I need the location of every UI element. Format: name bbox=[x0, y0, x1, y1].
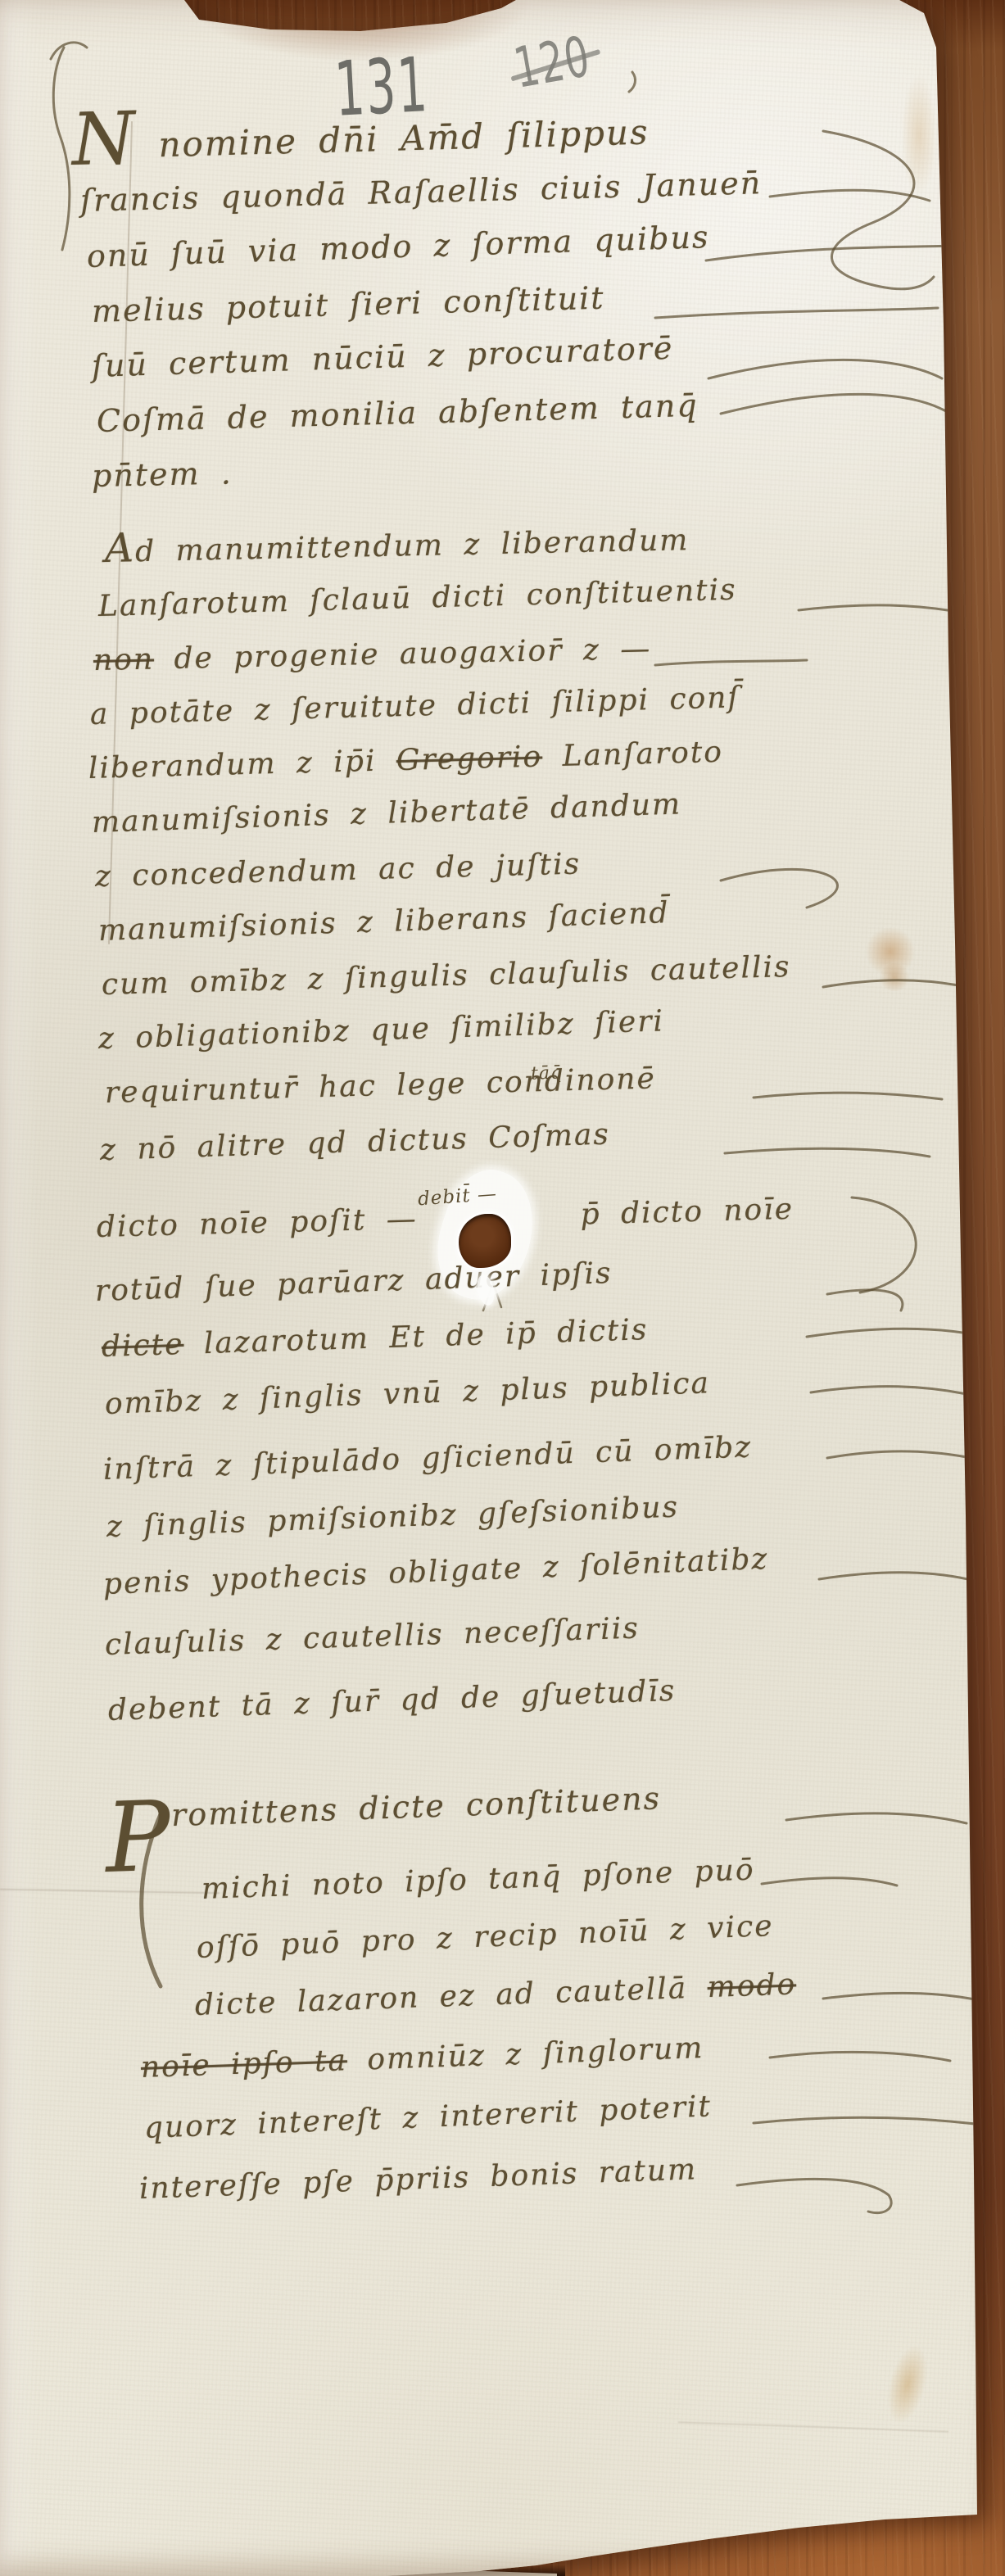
struck-word: Gregorio bbox=[396, 740, 542, 777]
foxing-stain bbox=[881, 2341, 935, 2428]
manuscript-line: N nomine dn̄i Am̄d ſilippus bbox=[71, 115, 650, 166]
manuscript-line: debent tā z ſur̄ qd de gſuetudīs bbox=[107, 1676, 677, 1727]
manuscript-line: requiruntur̄ hac lege condinonē bbox=[105, 1063, 657, 1108]
manuscript-line: quorz intereſt z intererit poterit bbox=[143, 2091, 712, 2144]
manuscript-line: ſuū certum nūciū z procuratorē bbox=[91, 333, 674, 383]
manuscript-photo: { "page_numbers": { "current": "131", "c… bbox=[0, 0, 1005, 2576]
edge-stain bbox=[901, 74, 937, 197]
manuscript-line: michi noto ipſo tanq̄ pſone puō bbox=[201, 1854, 755, 1904]
manuscript-line: z obligationibz que ſimilibz ſieri bbox=[97, 1006, 664, 1054]
manuscript-line: omībz z ſinglis vnū z plus publica bbox=[104, 1368, 710, 1420]
manuscript-line: noīe ipſo ta omniūz z ſinglorum bbox=[140, 2033, 704, 2084]
manuscript-line: manumiſsionis z liberans ſaciend̄ bbox=[97, 898, 670, 947]
manuscript-line: pn̄tem . bbox=[92, 457, 233, 492]
manuscript-line: intereſſe pſe p̄priis bonis ratum bbox=[138, 2154, 697, 2205]
manuscript-line: inſtrā z ſtipulādo gſiciendū cū omībz bbox=[102, 1432, 752, 1485]
manuscript-line: Ad manumittendum z liberandum bbox=[105, 525, 690, 568]
manuscript-line: Promittens dicte conſtituens bbox=[104, 1782, 662, 1839]
ink-stain bbox=[878, 963, 911, 991]
ink-stain bbox=[865, 927, 916, 976]
manuscript-line: liberandum z ip̄i Gregorio Lanſaroto bbox=[88, 737, 724, 785]
manuscript-line: ſrancis quondā Raſaellis ciuis Januen̄ bbox=[79, 167, 762, 218]
manuscript-line: onū ſuū via modo z ſorma quibus bbox=[86, 221, 710, 274]
page-number-crossed-out: 120 bbox=[509, 25, 595, 102]
manuscript-line: melius potuit ſieri conſtituit bbox=[91, 283, 605, 328]
struck-word: dicte bbox=[101, 1328, 184, 1364]
manuscript-line: penis ypothecis obligate z ſolēnitatibz bbox=[102, 1544, 769, 1600]
manuscript-line: Coſmā de monilia abſentem tanq̄ bbox=[96, 390, 699, 438]
struck-word: non bbox=[93, 642, 155, 677]
crease-line bbox=[678, 2421, 948, 2433]
manuscript-line: manumiſsionis z libertatē dandum bbox=[91, 789, 681, 838]
paper-wrapper: 131 120 N nomine dn̄i Am̄d ſilippusſranc… bbox=[0, 0, 1005, 2576]
manuscript-line: a potāte z ſeruitute dicti ſilippi conſ̄ bbox=[90, 682, 741, 731]
struck-word: noīe ipſo ta bbox=[140, 2044, 347, 2085]
manuscript-line: clauſulis z cautellis neceſſariis bbox=[104, 1613, 640, 1660]
interlinear-insertion: tāq̄ bbox=[531, 1062, 564, 1084]
manuscript-line: dicte lazarotum Et de ip̄ dictis bbox=[101, 1315, 648, 1363]
manuscript-line: z nō alitre qd dictus Coſmas bbox=[99, 1119, 610, 1166]
manuscript-line: dicte lazaron ez ad cautellā modo bbox=[194, 1969, 796, 2021]
manuscript-page: 131 120 N nomine dn̄i Am̄d ſilippusſranc… bbox=[0, 0, 1005, 2576]
manuscript-line: Lanſarotum ſclauū dicti conſtituentis bbox=[98, 575, 738, 622]
manuscript-line: z concedendum ac de juſtis bbox=[95, 849, 582, 892]
manuscript-line: cum omībz z ſingulis clauſulis cautellis bbox=[102, 952, 791, 1001]
manuscript-line: rotūd ſue parūarz aduer ipſis bbox=[94, 1258, 613, 1307]
worm-hole bbox=[459, 1214, 511, 1268]
struck-word: modo bbox=[707, 1967, 797, 2004]
manuscript-line: z ſinglis pmiſsionibz gſeſsionibus bbox=[106, 1492, 679, 1543]
manuscript-line: non de progenie auogaxior̄ z — bbox=[93, 634, 652, 677]
manuscript-line: oſſō puō pro z recip noīū z vice bbox=[196, 1911, 774, 1964]
